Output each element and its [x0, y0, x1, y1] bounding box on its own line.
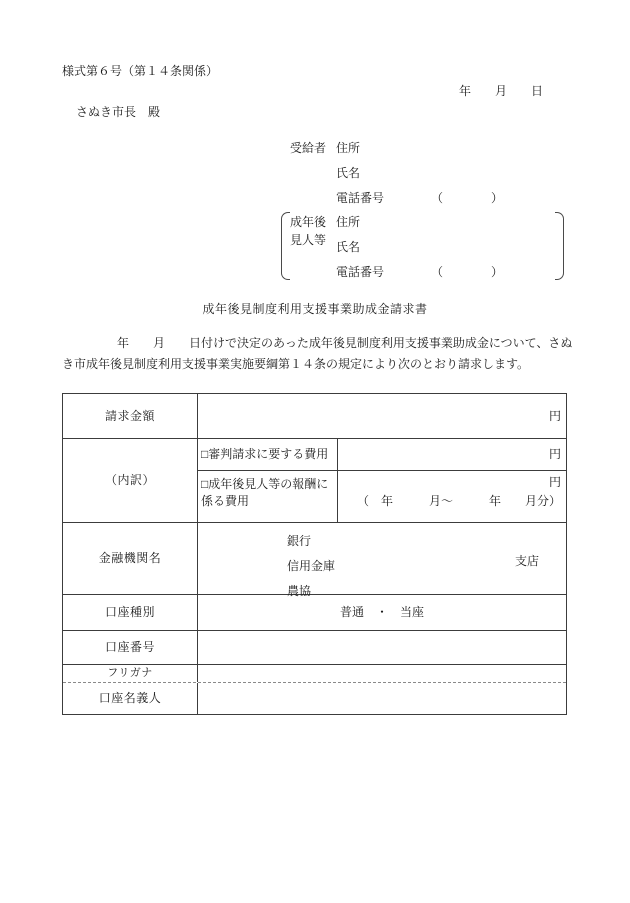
account-type-label-cell: 口座種別: [63, 595, 198, 630]
table-row-breakdown: （内訳） □審判請求に要する費用 円 □成年後見人等の報酬に係る費用: [63, 439, 566, 523]
guardian-phone-blank: （ ）: [431, 265, 503, 280]
guardian-left-bracket: [281, 212, 290, 280]
claim-amount-label: 請求金額: [105, 409, 155, 424]
court-fee-value-cell: 円: [338, 439, 566, 470]
addressee: さぬき市長 殿: [76, 105, 160, 120]
furigana-label-cell: フリガナ: [63, 665, 198, 682]
bank-label-cell: 金融機関名: [63, 523, 198, 594]
table-row-claim-amount: 請求金額 円: [63, 394, 566, 439]
account-number-value-cell: [198, 631, 566, 664]
table-row-bank: 金融機関名 銀行 信用金庫 農協 支店: [63, 523, 566, 595]
court-fee-label-cell: □審判請求に要する費用: [198, 439, 338, 470]
court-fee-unit: 円: [549, 447, 561, 462]
breakdown-item-court-fee: □審判請求に要する費用 円: [198, 439, 566, 471]
account-type-label: 口座種別: [105, 605, 155, 620]
guardian-right-bracket: [555, 212, 564, 280]
date-line: 年 月 日: [459, 84, 543, 99]
bank-options: 銀行 信用金庫 農協: [198, 523, 566, 604]
body-paragraph-line1: 年 月 日付けで決定のあった成年後見制度利用支援事業助成金について、さぬ: [117, 336, 572, 351]
claim-amount-value-cell: 円: [198, 394, 566, 438]
remuneration-label-cell: □成年後見人等の報酬に係る費用: [198, 471, 338, 522]
breakdown-item-remuneration: □成年後見人等の報酬に係る費用 円 （ 年 月～ 年 月分）: [198, 471, 566, 522]
recipient-phone-blank: （ ）: [431, 191, 503, 206]
bank-value-cell: 銀行 信用金庫 農協 支店: [198, 523, 566, 594]
guardian-role-line2: 見人等: [290, 233, 326, 248]
court-fee-label: 審判請求に要する費用: [208, 446, 328, 463]
remuneration-period: （ 年 月～ 年 月分）: [338, 494, 566, 509]
account-number-label: 口座番号: [105, 640, 155, 655]
furigana-label: フリガナ: [107, 667, 152, 681]
remuneration-unit: 円: [338, 471, 566, 490]
body-paragraph-line2: き市成年後見制度利用支援事業実施要綱第１４条の規定により次のとおり請求します。: [62, 357, 529, 372]
recipient-name-label: 氏名: [336, 166, 360, 181]
table-row-account-type: 口座種別 普通 ・ 当座: [63, 595, 566, 631]
table-row-account-number: 口座番号: [63, 631, 566, 665]
account-type-value-cell: 普通 ・ 当座: [198, 595, 566, 630]
recipient-phone-label: 電話番号: [336, 191, 384, 206]
form-page: 様式第６号（第１４条関係） 年 月 日 さぬき市長 殿 受給者 住所 氏名 電話…: [0, 0, 630, 903]
breakdown-items: □審判請求に要する費用 円 □成年後見人等の報酬に係る費用 円 （ 年 月～ 年…: [198, 439, 566, 522]
court-fee-checkbox[interactable]: □: [201, 446, 208, 463]
document-title: 成年後見制度利用支援事業助成金請求書: [0, 302, 630, 317]
breakdown-label-cell: （内訳）: [63, 439, 198, 522]
claim-table: 請求金額 円 （内訳） □審判請求に要する費用 円: [62, 393, 567, 715]
branch-label: 支店: [515, 554, 539, 569]
furigana-value-cell: [198, 665, 566, 682]
bank-option-bank: 銀行: [287, 529, 566, 554]
guardian-name-label: 氏名: [336, 240, 360, 255]
breakdown-label: （内訳）: [105, 473, 155, 488]
recipient-role-label: 受給者: [290, 141, 326, 156]
account-type-options: 普通 ・ 当座: [340, 605, 424, 620]
claim-amount-unit: 円: [549, 409, 561, 424]
table-row-account-holder: 口座名義人: [63, 683, 566, 714]
remuneration-label: 成年後見人等の報酬に係る費用: [201, 477, 328, 508]
account-holder-label-cell: 口座名義人: [63, 683, 198, 714]
account-number-label-cell: 口座番号: [63, 631, 198, 664]
guardian-address-label: 住所: [336, 215, 360, 230]
guardian-phone-label: 電話番号: [336, 265, 384, 280]
remuneration-value-cell: 円 （ 年 月～ 年 月分）: [338, 471, 566, 522]
guardian-role-line1: 成年後: [290, 215, 326, 230]
account-holder-label: 口座名義人: [99, 691, 162, 706]
bank-label: 金融機関名: [99, 551, 162, 566]
form-number: 様式第６号（第１４条関係）: [62, 64, 218, 79]
table-row-furigana: フリガナ: [63, 665, 566, 683]
account-holder-value-cell: [198, 683, 566, 714]
recipient-address-label: 住所: [336, 141, 360, 156]
claim-amount-label-cell: 請求金額: [63, 394, 198, 438]
